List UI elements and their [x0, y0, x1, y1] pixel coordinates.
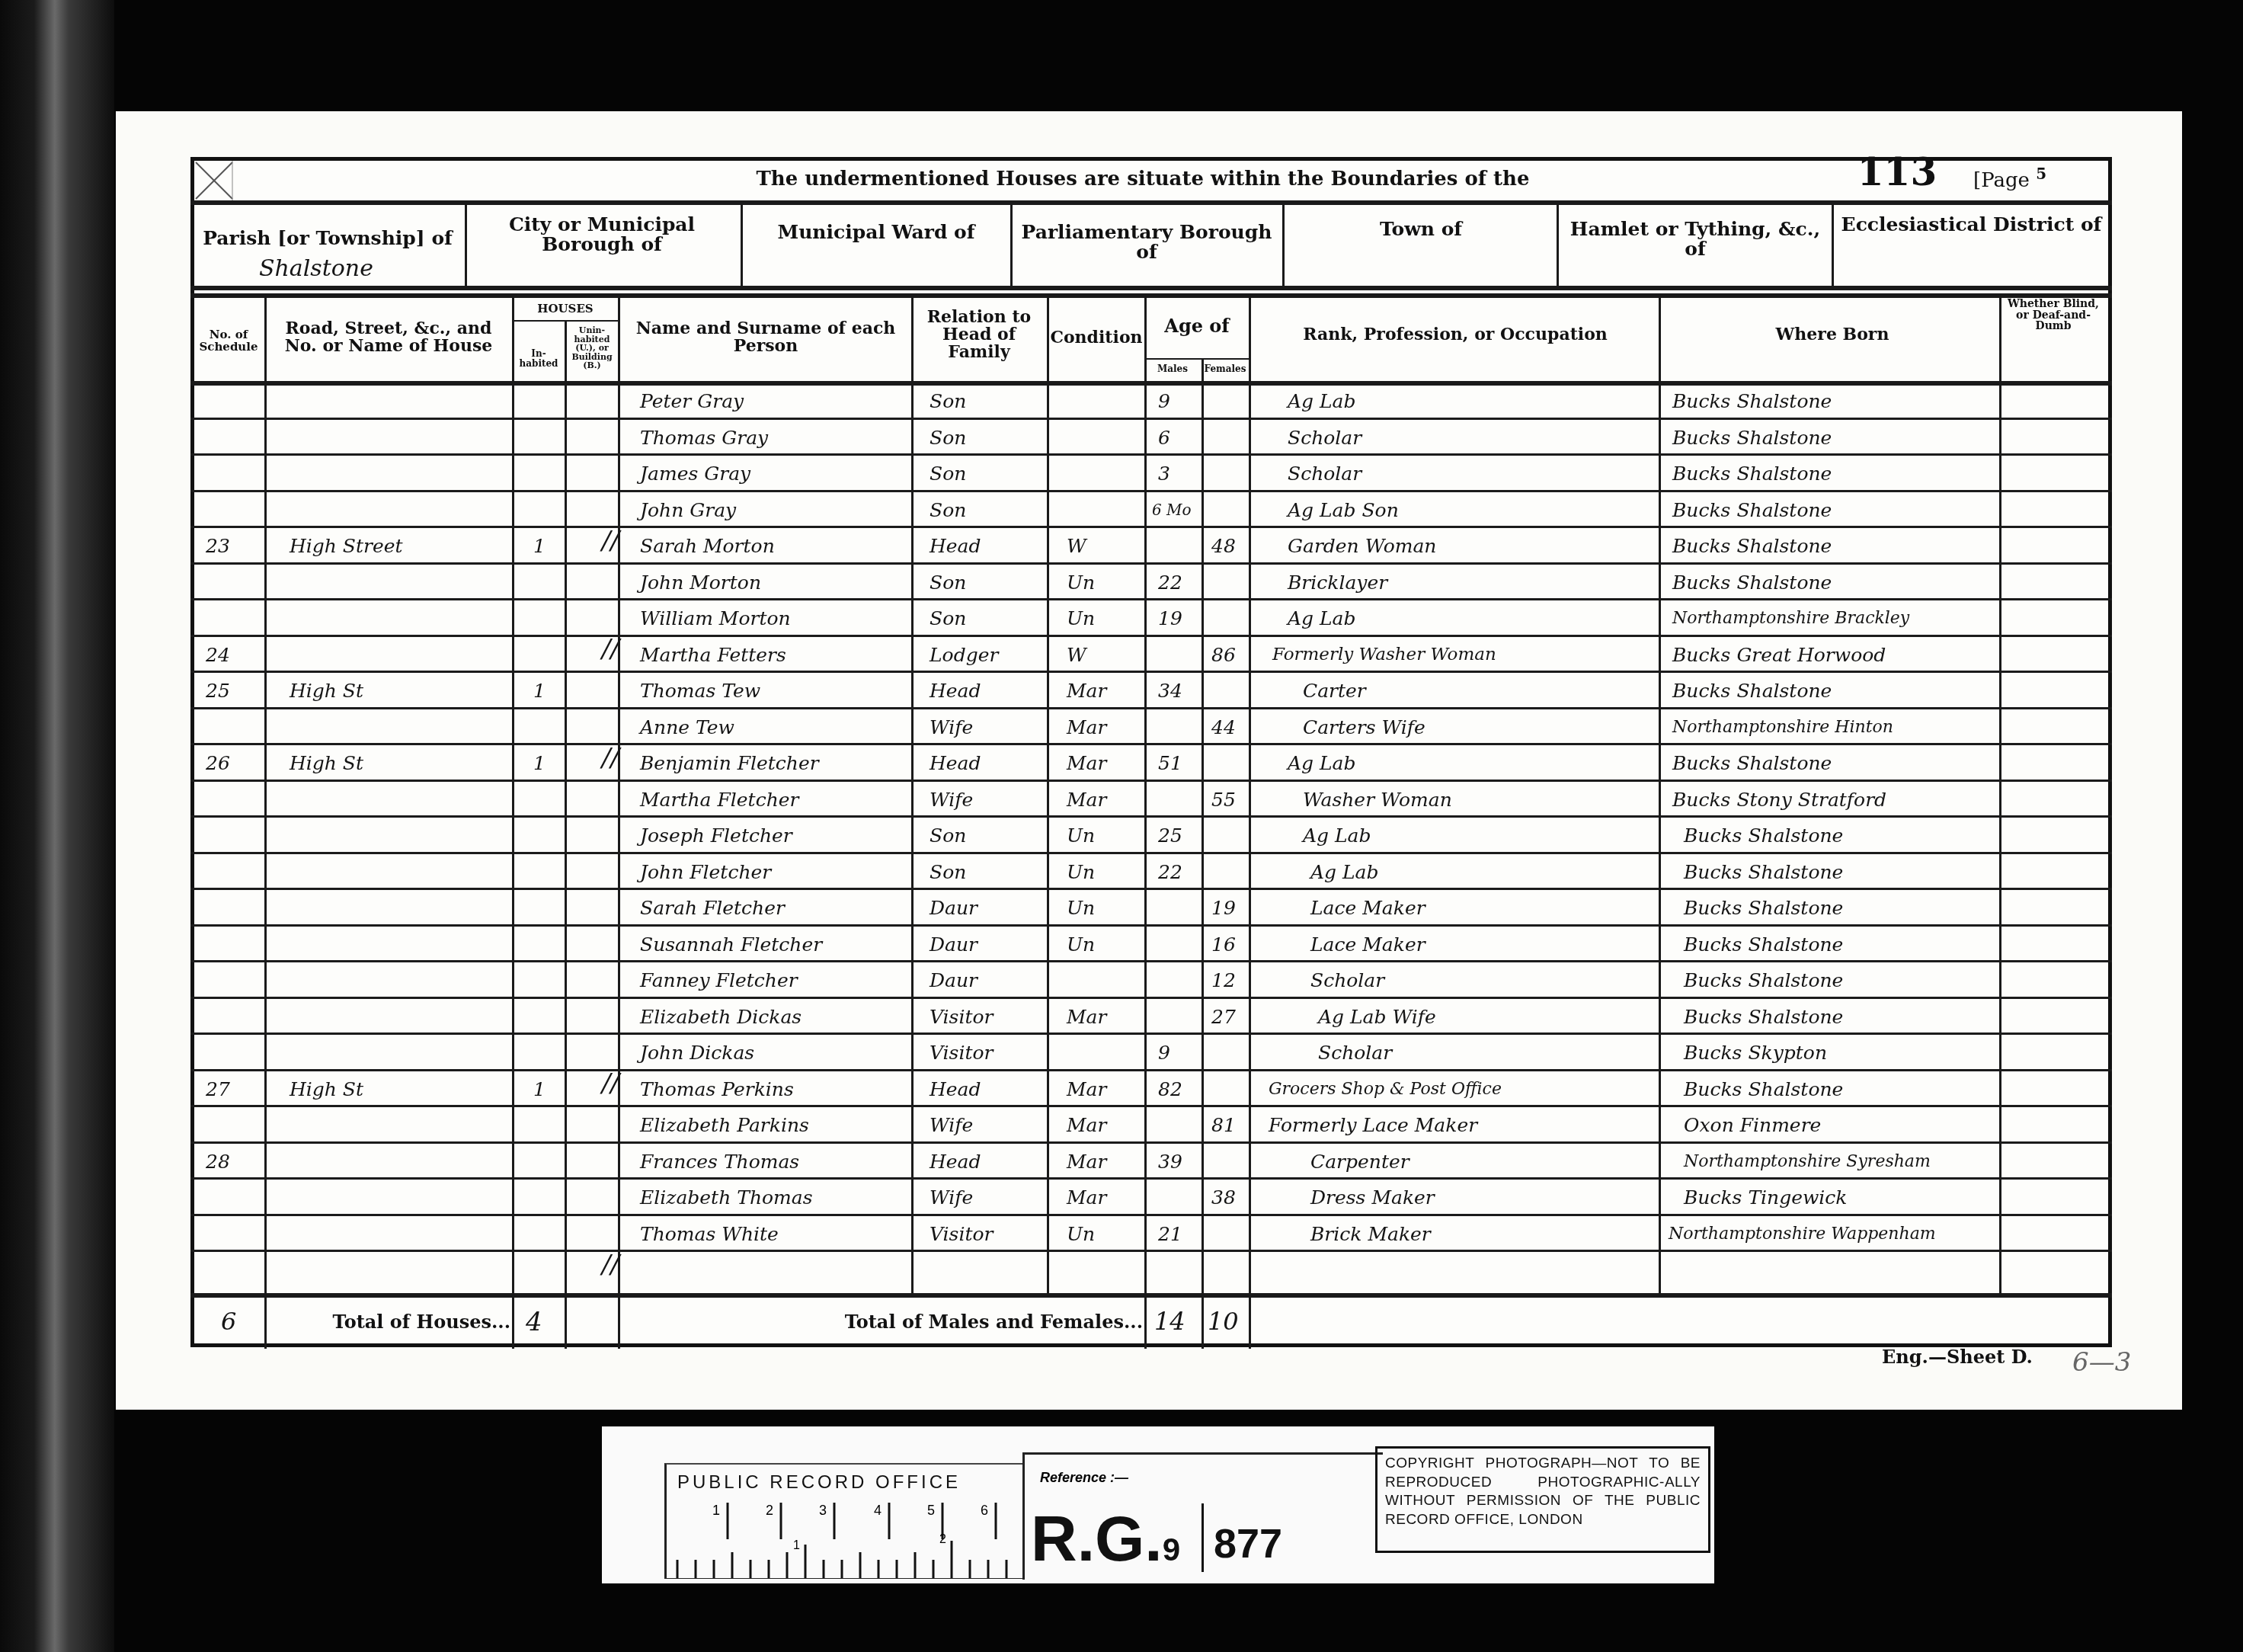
boundary-parish-label: Parish [or Township] of [194, 229, 461, 248]
person-name: Benjamin Fletcher [640, 745, 819, 782]
boundary-parish-value: Shalstone [259, 255, 373, 282]
birthplace: Bucks Shalstone [1672, 383, 1832, 420]
female-age: 55 [1211, 782, 1236, 818]
female-age: 44 [1211, 709, 1236, 746]
divider [1010, 200, 1013, 286]
boundary-town-label: Town of [1291, 219, 1550, 239]
relation: Daur [930, 890, 978, 927]
occupation: Scholar [1310, 962, 1384, 999]
male-age: 3 [1158, 456, 1170, 492]
table-row: 24 Martha Fetters Lodger W 86 Formerly W… [190, 637, 2112, 674]
person-name: James Gray [640, 456, 750, 492]
occupation: Ag Lab [1310, 854, 1379, 891]
divider [190, 200, 2112, 205]
divider [190, 1293, 2112, 1298]
table-row: 23 High Street 1 Sarah Morton Head W 48 … [190, 528, 2112, 565]
table-row: James Gray Son 3 Scholar Bucks Shalstone [190, 456, 2112, 492]
schedule-separator-mark: // [602, 526, 619, 556]
condition: Un [1067, 600, 1095, 637]
ruler-mark: 2 [766, 1503, 773, 1519]
class-code: R.G. [1031, 1503, 1163, 1574]
road-name: High Street [290, 528, 403, 565]
condition: W [1067, 528, 1086, 565]
person-name: John Fletcher [640, 854, 771, 891]
occupation: Dress Maker [1310, 1180, 1435, 1216]
table-row: John Gray Son 6 Mo Ag Lab Son Bucks Shal… [190, 492, 2112, 529]
schedule-number: 26 [206, 745, 230, 782]
page-label: [Page 5 [1973, 166, 2095, 191]
col-females-header: Females [1202, 364, 1248, 374]
male-age: 25 [1158, 818, 1182, 854]
table-row: John Morton Son Un 22 Bricklayer Bucks S… [190, 565, 2112, 601]
divider [1832, 200, 1834, 286]
col-houses-header: HOUSES [514, 303, 616, 315]
birthplace: Bucks Shalstone [1672, 745, 1832, 782]
schedule-separator-mark: // [602, 1250, 619, 1280]
condition: Un [1067, 565, 1095, 601]
relation: Wife [930, 709, 973, 746]
table-row: 27 High St 1 Thomas Perkins Head Mar 82 … [190, 1071, 2112, 1108]
condition: Mar [1067, 1144, 1106, 1180]
male-age: 9 [1158, 383, 1170, 420]
piece-number: 877 [1214, 1523, 1282, 1564]
person-name: William Morton [640, 600, 791, 637]
title-line: The undermentioned Houses are situate wi… [686, 169, 1600, 190]
male-age: 34 [1158, 673, 1182, 709]
inhabited-count: 1 [533, 673, 546, 709]
road-name: High St [290, 745, 363, 782]
boundary-ecclesiastical-label: Ecclesiastical District of [1836, 215, 2107, 235]
relation: Visitor [930, 999, 993, 1036]
condition: Un [1067, 927, 1095, 963]
male-age: 82 [1158, 1071, 1182, 1108]
birthplace: Bucks Shalstone [1684, 927, 1843, 963]
ruler-mark: 1 [712, 1503, 720, 1519]
microfilm-binding-edge [0, 0, 114, 1652]
ruler-ticks-icon [667, 1503, 1025, 1579]
occupation: Formerly Lace Maker [1269, 1107, 1477, 1144]
person-name: Martha Fetters [640, 637, 786, 674]
person-name: Elizabeth Thomas [640, 1180, 812, 1216]
condition: W [1067, 637, 1086, 674]
relation: Lodger [930, 637, 998, 674]
road-name: High St [290, 673, 363, 709]
total-males: 14 [1154, 1307, 1185, 1336]
divider [741, 200, 743, 286]
table-row: Anne Tew Wife Mar 44 Carters Wife Northa… [190, 709, 2112, 746]
divider [190, 286, 2112, 290]
boundary-hamlet-label: Hamlet or Tything, &c., of [1562, 219, 1829, 260]
schedule-number: 23 [206, 528, 230, 565]
total-persons-label: Total of Males and Females... [823, 1312, 1143, 1331]
condition: Un [1067, 890, 1095, 927]
male-age: 22 [1158, 854, 1182, 891]
ruler-mark: 2 [939, 1533, 946, 1547]
person-name: Elizabeth Dickas [640, 999, 802, 1036]
relation: Son [930, 854, 966, 891]
condition: Mar [1067, 999, 1106, 1036]
col-relation-header: Relation to Head of Family [914, 309, 1044, 361]
occupation: Carpenter [1310, 1144, 1409, 1180]
reference-box: Reference :— R.G.9 877 [1022, 1452, 1383, 1580]
occupation: Scholar [1318, 1035, 1392, 1071]
col-inhabited-header: In-habited [515, 349, 562, 368]
record-office-label: PUBLIC RECORD OFFICE [677, 1472, 961, 1494]
occupation: Ag Lab [1303, 818, 1371, 854]
table-row: Elizabeth Thomas Wife Mar 38 Dress Maker… [190, 1180, 2112, 1216]
female-age: 27 [1211, 999, 1236, 1036]
total-females: 10 [1208, 1307, 1239, 1336]
col-males-header: Males [1146, 364, 1199, 374]
table-row: John Fletcher Son Un 22 Ag Lab Bucks Sha… [190, 854, 2112, 891]
col-born-header: Where Born [1669, 326, 1996, 344]
schedule-number: 24 [206, 637, 230, 674]
schedule-separator-mark: // [602, 743, 619, 773]
table-row: Martha Fletcher Wife Mar 55 Washer Woman… [190, 782, 2112, 818]
schedule-number: 25 [206, 673, 230, 709]
occupation: Scholar [1288, 456, 1361, 492]
relation: Wife [930, 1107, 973, 1144]
person-name: Thomas Tew [640, 673, 760, 709]
relation: Daur [930, 962, 978, 999]
birthplace: Oxon Finmere [1684, 1107, 1821, 1144]
pencil-note: 6—3 [2072, 1347, 2131, 1378]
birthplace: Northamptonshire Hinton [1672, 709, 1893, 746]
table-row: Susannah Fletcher Daur Un 16 Lace Maker … [190, 927, 2112, 963]
birthplace: Bucks Shalstone [1672, 673, 1832, 709]
relation: Head [930, 673, 981, 709]
col-uninhabited-header: Unin-habited (U.), or Building (B.) [568, 326, 616, 370]
table-row: 26 High St 1 Benjamin Fletcher Head Mar … [190, 745, 2112, 782]
condition: Mar [1067, 782, 1106, 818]
birthplace: Bucks Shalstone [1672, 456, 1832, 492]
relation: Head [930, 1144, 981, 1180]
table-row [190, 1252, 2112, 1289]
total-schedules: 6 [221, 1307, 236, 1336]
schedule-number: 28 [206, 1144, 230, 1180]
table-row: Elizabeth Dickas Visitor Mar 27 Ag Lab W… [190, 999, 2112, 1036]
birthplace: Northamptonshire Wappenham [1669, 1216, 1936, 1253]
person-name: Thomas Gray [640, 420, 768, 456]
male-age: 19 [1158, 600, 1182, 637]
occupation: Ag Lab Son [1288, 492, 1399, 529]
table-row: Fanney Fletcher Daur 12 Scholar Bucks Sh… [190, 962, 2112, 999]
relation: Son [930, 456, 966, 492]
occupation: Garden Woman [1288, 528, 1436, 565]
inhabited-count: 1 [533, 1071, 546, 1108]
relation: Visitor [930, 1216, 993, 1253]
relation: Son [930, 600, 966, 637]
female-age: 38 [1211, 1180, 1236, 1216]
reference-card: PUBLIC RECORD OFFICE [602, 1426, 1714, 1583]
female-age: 81 [1211, 1107, 1236, 1144]
person-name: Sarah Fletcher [640, 890, 785, 927]
person-name: Martha Fletcher [640, 782, 798, 818]
birthplace: Bucks Shalstone [1684, 854, 1843, 891]
condition: Un [1067, 1216, 1095, 1253]
person-name: Thomas White [640, 1216, 779, 1253]
relation: Daur [930, 927, 978, 963]
person-name: Peter Gray [640, 383, 744, 420]
boundary-parliamentary-label: Parliamentary Borough of [1017, 223, 1276, 263]
table-row: Thomas White Visitor Un 21 Brick Maker N… [190, 1216, 2112, 1253]
relation: Wife [930, 782, 973, 818]
male-age: 22 [1158, 565, 1182, 601]
occupation: Formerly Washer Woman [1272, 637, 1496, 674]
condition: Un [1067, 818, 1095, 854]
ruler-mark: 5 [927, 1503, 935, 1519]
ruler-scale: 1 2 3 4 5 6 1 2 [667, 1503, 1025, 1579]
occupation: Ag Lab [1288, 383, 1356, 420]
divider [1144, 358, 1249, 360]
birthplace: Bucks Stony Stratford [1672, 782, 1886, 818]
boundary-ward-label: Municipal Ward of [750, 223, 1002, 242]
person-name: John Morton [640, 565, 761, 601]
divider [190, 293, 2112, 298]
condition: Mar [1067, 1071, 1106, 1108]
person-name: Joseph Fletcher [640, 818, 792, 854]
relation: Son [930, 383, 966, 420]
female-age: 48 [1211, 528, 1236, 565]
ruler-box: PUBLIC RECORD OFFICE [664, 1463, 1025, 1579]
page-number: 5 [2036, 165, 2046, 183]
folio-number: 113 [1844, 152, 1950, 193]
condition: Mar [1067, 1180, 1106, 1216]
female-age: 19 [1211, 890, 1236, 927]
birthplace: Bucks Skypton [1684, 1035, 1827, 1071]
table-row: Sarah Fletcher Daur Un 19 Lace Maker Buc… [190, 890, 2112, 927]
condition: Mar [1067, 745, 1106, 782]
condition: Mar [1067, 709, 1106, 746]
inhabited-count: 1 [533, 745, 546, 782]
inhabited-count: 1 [533, 528, 546, 565]
male-age: 39 [1158, 1144, 1182, 1180]
occupation: Ag Lab Wife [1318, 999, 1436, 1036]
table-row: Thomas Gray Son 6 Scholar Bucks Shalston… [190, 420, 2112, 456]
female-age: 16 [1211, 927, 1236, 963]
ruler-mark: 4 [874, 1503, 882, 1519]
col-age-header: Age of [1147, 316, 1247, 335]
col-occupation-header: Rank, Profession, or Occupation [1265, 326, 1646, 344]
ruler-mark: 6 [981, 1503, 988, 1519]
boundary-city-label: City or Municipal Borough of [476, 215, 728, 255]
birthplace: Bucks Shalstone [1672, 565, 1832, 601]
ruler-mark: 3 [819, 1503, 827, 1519]
copyright-notice: COPYRIGHT PHOTOGRAPH—NOT TO BE REPRODUCE… [1375, 1446, 1710, 1553]
occupation: Scholar [1288, 420, 1361, 456]
birthplace: Bucks Great Horwood [1672, 637, 1886, 674]
col-name-header: Name and Surname of each Person [632, 320, 899, 355]
relation: Son [930, 492, 966, 529]
piece-divider [1201, 1503, 1204, 1572]
birthplace: Bucks Shalstone [1684, 890, 1843, 927]
birthplace: Bucks Tingewick [1684, 1180, 1848, 1216]
road-name: High St [290, 1071, 363, 1108]
person-name: Sarah Morton [640, 528, 775, 565]
schedule-separator-mark: // [602, 634, 619, 664]
relation: Son [930, 565, 966, 601]
col-condition-header: Condition [1050, 329, 1143, 347]
birthplace: Bucks Shalstone [1684, 818, 1843, 854]
female-age: 86 [1211, 637, 1236, 674]
total-houses-label: Total of Houses... [320, 1312, 510, 1331]
occupation: Carters Wife [1303, 709, 1425, 746]
ruler-mark: 1 [793, 1539, 800, 1553]
col-schedule-header: No. of Schedule [194, 329, 263, 354]
birthplace: Northamptonshire Brackley [1672, 600, 1909, 637]
person-name: Anne Tew [640, 709, 734, 746]
sheet-label: Eng.—Sheet D. [1882, 1347, 2065, 1366]
male-age: 6 [1158, 420, 1170, 456]
relation: Head [930, 1071, 981, 1108]
male-age: 9 [1158, 1035, 1170, 1071]
person-name: Elizabeth Parkins [640, 1107, 809, 1144]
birthplace: Bucks Shalstone [1684, 962, 1843, 999]
condition: Mar [1067, 1107, 1106, 1144]
cross-mark-icon [194, 161, 234, 200]
reference-class: R.G.9 [1031, 1506, 1180, 1570]
divider [1282, 200, 1285, 286]
male-age: 51 [1158, 745, 1182, 782]
relation: Head [930, 745, 981, 782]
birthplace: Bucks Shalstone [1672, 420, 1832, 456]
relation: Head [930, 528, 981, 565]
page-label-text: [Page [1973, 169, 2030, 192]
relation: Son [930, 420, 966, 456]
condition: Un [1067, 854, 1095, 891]
table-row: 25 High St 1 Thomas Tew Head Mar 34 Cart… [190, 673, 2112, 709]
birthplace: Bucks Shalstone [1672, 528, 1832, 565]
person-name: John Dickas [640, 1035, 754, 1071]
birthplace: Bucks Shalstone [1672, 492, 1832, 529]
person-name: Fanney Fletcher [640, 962, 798, 999]
schedule-separator-mark: // [602, 1068, 619, 1099]
table-row: William Morton Son Un 19 Ag Lab Northamp… [190, 600, 2112, 637]
occupation: Lace Maker [1310, 927, 1425, 963]
relation: Visitor [930, 1035, 993, 1071]
total-houses-inhabited: 4 [526, 1307, 542, 1337]
birthplace: Northamptonshire Syresham [1684, 1144, 1931, 1180]
occupation: Ag Lab [1288, 745, 1356, 782]
person-name: Thomas Perkins [640, 1071, 794, 1108]
divider [1557, 200, 1559, 286]
reference-label: Reference :— [1040, 1470, 1128, 1486]
relation: Wife [930, 1180, 973, 1216]
birthplace: Bucks Shalstone [1684, 1071, 1843, 1108]
person-name: John Gray [640, 492, 736, 529]
occupation: Brick Maker [1310, 1216, 1431, 1253]
condition: Mar [1067, 673, 1106, 709]
person-name: Susannah Fletcher [640, 927, 822, 963]
table-row: Joseph Fletcher Son Un 25 Ag Lab Bucks S… [190, 818, 2112, 854]
schedule-number: 27 [206, 1071, 230, 1108]
female-age: 12 [1211, 962, 1236, 999]
crossed-box [194, 161, 234, 200]
male-age: 6 Mo [1152, 492, 1192, 529]
occupation: Bricklayer [1288, 565, 1387, 601]
occupation: Washer Woman [1303, 782, 1452, 818]
divider [465, 200, 467, 286]
table-row: Elizabeth Parkins Wife Mar 81 Formerly L… [190, 1107, 2112, 1144]
piece-prefix: 9 [1163, 1532, 1180, 1567]
occupation: Grocers Shop & Post Office [1269, 1071, 1502, 1108]
table-row: John Dickas Visitor 9 Scholar Bucks Skyp… [190, 1035, 2112, 1071]
relation: Son [930, 818, 966, 854]
birthplace: Bucks Shalstone [1684, 999, 1843, 1036]
male-age: 21 [1158, 1216, 1182, 1253]
table-row: 28 Frances Thomas Head Mar 39 Carpenter … [190, 1144, 2112, 1180]
col-blind-header: Whether Blind, or Deaf-and-Dumb [2002, 299, 2104, 332]
occupation: Ag Lab [1288, 600, 1356, 637]
col-road-header: Road, Street, &c., and No. or Name of Ho… [274, 320, 503, 355]
table-row: Peter Gray Son 9 Ag Lab Bucks Shalstone [190, 383, 2112, 420]
occupation: Carter [1303, 673, 1366, 709]
occupation: Lace Maker [1310, 890, 1425, 927]
person-name: Frances Thomas [640, 1144, 799, 1180]
